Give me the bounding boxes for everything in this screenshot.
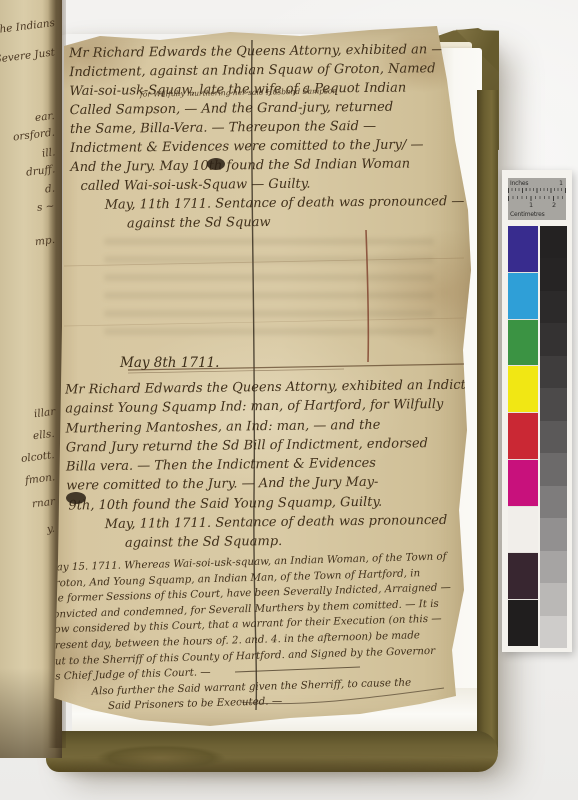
gray-step-swatch [540,258,567,290]
cm-number-2: 2 [552,201,556,209]
centimetres-label: Centimetres [510,211,545,218]
white-swatch [508,507,538,553]
gray-step-swatch [540,616,567,648]
gray-step-swatch [540,486,567,518]
gray-step-swatch [540,323,567,355]
cm-number-1: 1 [529,201,533,209]
green-swatch [508,320,538,366]
dark-plum-swatch [508,553,538,599]
show-through-line [104,310,434,317]
archival-photo: { "document_title": "Connecticut court r… [0,0,578,800]
cm-tick-marks [508,196,566,201]
color-patch-column [508,226,538,646]
court-record-entry-2: Mr Richard Edwards the Queens Attorny, e… [65,375,485,554]
gray-step-swatch [540,356,567,388]
black-swatch [508,600,538,646]
gray-step-swatch [540,453,567,485]
gray-step-swatch [540,583,567,615]
show-through-line [104,274,434,281]
blue-violet-swatch [508,226,538,272]
floor-shadow [56,764,492,776]
magenta-swatch [508,460,538,506]
manuscript-line: May, 11th 1711. Sentance of death was pr… [105,192,465,215]
gray-step-swatch [540,226,567,258]
gray-step-swatch [540,388,567,420]
inches-label: Inches [510,180,528,187]
show-through-line [104,256,434,263]
ruler-scale: Inches 1 1 2 Centimetres [508,178,566,220]
color-calibration-card: Inches 1 1 2 Centimetres [502,170,572,652]
inch-tick-marks [508,188,566,193]
court-record-entry-1: Mr Richard Edwards the Queens Attorny, e… [69,40,465,234]
red-swatch [508,413,538,459]
show-through-line [104,292,434,299]
show-through-line [104,328,434,335]
cyan-swatch [508,273,538,319]
date-heading: May 8th 1711. [120,357,219,371]
gray-step-swatch [540,291,567,323]
gray-step-swatch [540,421,567,453]
show-through-line [104,238,434,245]
inch-number: 1 [559,180,563,187]
grayscale-step-column [540,226,567,648]
court-record-entry-3: May 15. 1711. Whereas Wai-soi-usk-squaw,… [46,549,454,716]
manuscript-line: against the Sd Squaw [127,211,465,234]
manuscript-page: Mr Richard Edwards the Queens Attorny, e… [44,26,474,728]
book-cover-right-edge [477,90,498,750]
gray-step-swatch [540,551,567,583]
yellow-swatch [508,366,538,412]
gray-step-swatch [540,518,567,550]
